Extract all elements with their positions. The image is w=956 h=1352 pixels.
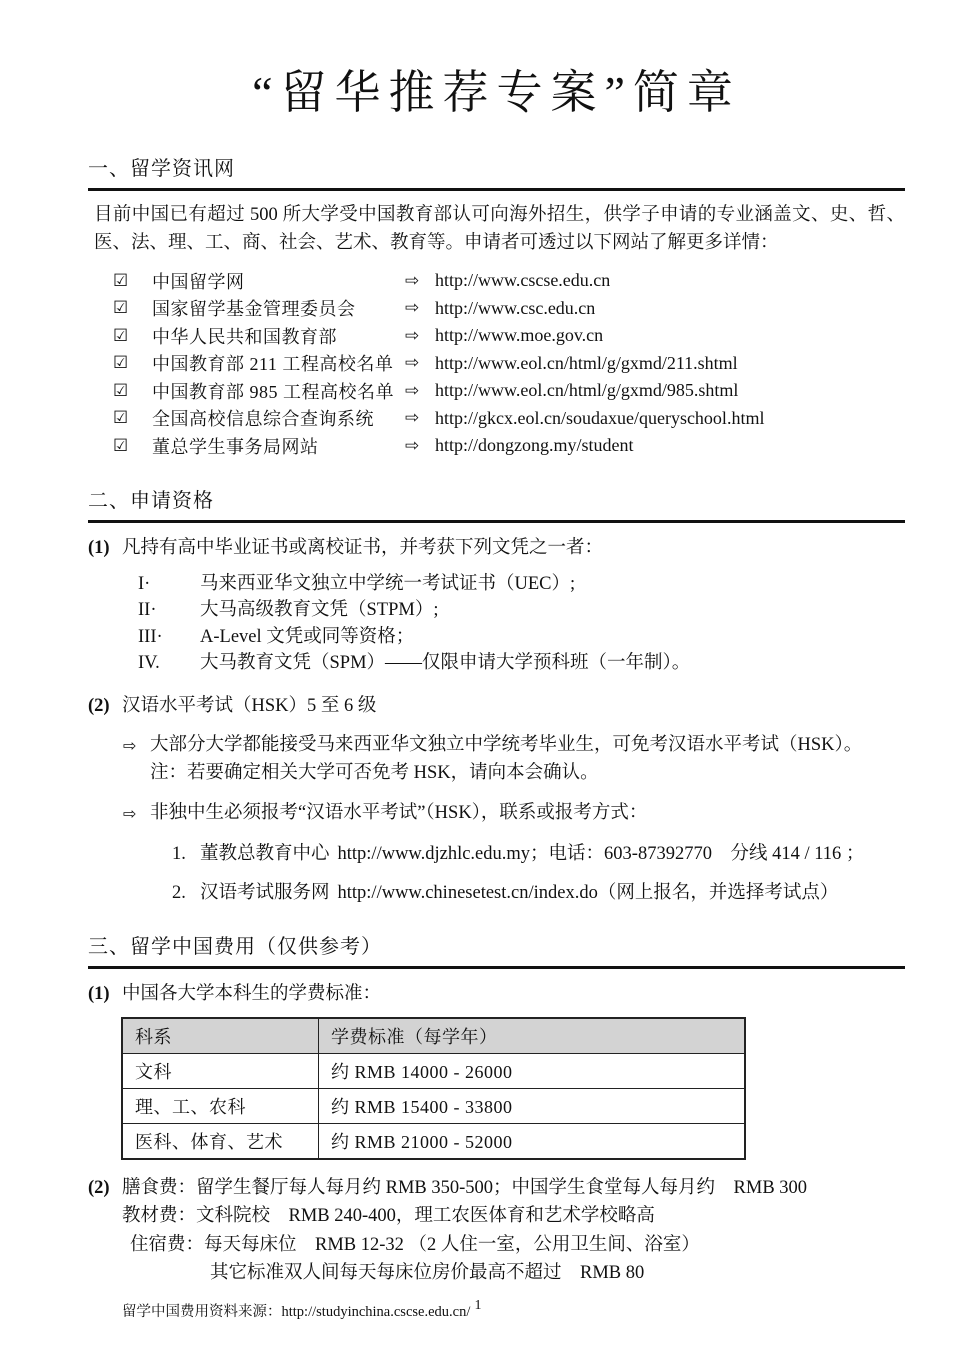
bullet-text: 大部分大学都能接受马来西亚华文独立中学统考毕业生，可免考汉语水平考试（HSK）。… — [150, 731, 862, 787]
credential-list: I· 马来西亚华文独立中学统一考试证书（UEC）; II· 大马高级教育文凭（S… — [138, 571, 905, 677]
contact-url[interactable]: http://www.chinesetest.cn/index.do — [338, 883, 598, 903]
clause-text: 中国各大学本科生的学费标准： — [122, 981, 381, 1007]
site-label: 中国教育部 211 工程高校名单 — [152, 350, 405, 376]
bullet-line: 大部分大学都能接受马来西亚华文独立中学统考毕业生，可免考汉语水平考试（HSK）。 — [150, 735, 862, 755]
contact-number: 2. — [172, 880, 200, 906]
table-cell: 医科、体育、艺术 — [122, 1123, 319, 1159]
clause-marker: (2) — [88, 693, 122, 719]
list-item: ☑ 全国高校信息综合查询系统 ⇨ http://gkcx.eol.cn/soud… — [113, 405, 905, 433]
tuition-table: 科系 学费标准（每学年） 文科 约 RMB 14000 - 26000 理、工、… — [121, 1017, 746, 1160]
contact-item: 2. 汉语考试服务网http://www.chinesetest.cn/inde… — [172, 880, 905, 906]
contact-number: 1. — [172, 841, 200, 867]
contact-text: 汉语考试服务网http://www.chinesetest.cn/index.d… — [200, 880, 838, 906]
section-heading-costs: 三、留学中国费用（仅供参考） — [88, 930, 905, 969]
site-url[interactable]: http://www.csc.edu.cn — [435, 298, 595, 319]
list-item: II· 大马高级教育文凭（STPM）; — [138, 597, 905, 624]
site-label: 董总学生事务局网站 — [152, 433, 405, 459]
roman-numeral: IV. — [138, 650, 200, 677]
contact-label: 汉语考试服务网 — [200, 883, 330, 903]
fee-line: 其它标准双人间每天每床位房价最高不超过 RMB 80 — [210, 1259, 905, 1288]
credential-text: 马来西亚华文独立中学统一考试证书（UEC）; — [200, 571, 575, 598]
site-url[interactable]: http://dongzong.my/student — [435, 435, 634, 456]
fee-line: 住宿费：每天每床位 RMB 12-32 （2 人住一室，公用卫生间、浴室） — [130, 1231, 905, 1260]
contact-url[interactable]: http://www.djzhlc.edu.my — [338, 844, 531, 864]
table-cell: 文科 — [122, 1053, 319, 1088]
site-label: 全国高校信息综合查询系统 — [152, 405, 405, 431]
arrow-right-icon: ⇨ — [123, 731, 150, 787]
credential-text: 大马教育文凭（SPM）——仅限申请大学预科班（一年制）。 — [200, 650, 690, 677]
table-header-cell: 科系 — [122, 1018, 319, 1054]
site-url[interactable]: http://www.eol.cn/html/g/gxmd/985.shtml — [435, 380, 738, 401]
other-fees-block: (2) 膳食费：留学生餐厅每人每月约 RMB 350-500；中国学生食堂每人每… — [88, 1174, 905, 1288]
table-header-cell: 学费标准（每学年） — [319, 1018, 746, 1054]
hsk-bullet-2: ⇨ 非独中生必须报考“汉语水平考试”（HSK），联系或报考方式： — [123, 799, 905, 828]
site-link-list: ☑ 中国留学网 ⇨ http://www.cscse.edu.cn ☑ 国家留学… — [113, 267, 905, 460]
clause-1: (1) 凡持有高中毕业证书或离校证书，并考获下列文凭之一者： — [88, 535, 905, 561]
checkbox-checked-icon: ☑ — [113, 298, 152, 318]
list-item: ☑ 董总学生事务局网站 ⇨ http://dongzong.my/student — [113, 432, 905, 460]
contact-item: 1. 董教总教育中心http://www.djzhlc.edu.my；电话：60… — [172, 841, 905, 867]
contact-rest: （网上报名，并选择考试点） — [598, 883, 839, 903]
roman-numeral: II· — [138, 597, 200, 624]
site-label: 中华人民共和国教育部 — [152, 323, 405, 349]
doc-title: “留华推荐专案”简章 — [88, 56, 905, 122]
site-label: 中国留学网 — [152, 268, 405, 294]
arrow-right-icon: ⇨ — [405, 298, 435, 318]
note-text: 注：若要确定相关大学可否免考 HSK，请向本会确认。 — [150, 763, 599, 783]
hsk-bullet-1: ⇨ 大部分大学都能接受马来西亚华文独立中学统考毕业生，可免考汉语水平考试（HSK… — [123, 731, 905, 787]
clause-text: 汉语水平考试（HSK）5 至 6 级 — [122, 693, 376, 719]
list-item: I· 马来西亚华文独立中学统一考试证书（UEC）; — [138, 571, 905, 598]
list-item: III· A-Level 文凭或同等资格； — [138, 624, 905, 651]
site-url[interactable]: http://gkcx.eol.cn/soudaxue/queryschool.… — [435, 408, 764, 429]
credential-text: 大马高级教育文凭（STPM）; — [200, 597, 438, 624]
checkbox-checked-icon: ☑ — [113, 436, 152, 456]
bullet-text: 非独中生必须报考“汉语水平考试”（HSK），联系或报考方式： — [150, 799, 647, 828]
credential-text: A-Level 文凭或同等资格； — [200, 624, 414, 651]
intro-paragraph: 目前中国已有超过 500 所大学受中国教育部认可向海外招生，供学子申请的专业涵盖… — [94, 201, 905, 257]
table-header-row: 科系 学费标准（每学年） — [122, 1018, 745, 1054]
table-row: 文科 约 RMB 14000 - 26000 — [122, 1053, 745, 1088]
table-row: 医科、体育、艺术 约 RMB 21000 - 52000 — [122, 1123, 745, 1159]
document-page: “留华推荐专案”简章 一、留学资讯网 目前中国已有超过 500 所大学受中国教育… — [0, 0, 956, 1352]
arrow-right-icon: ⇨ — [405, 326, 435, 346]
list-item: ☑ 国家留学基金管理委员会 ⇨ http://www.csc.edu.cn — [113, 295, 905, 323]
roman-numeral: I· — [138, 571, 200, 598]
table-cell: 理、工、农科 — [122, 1088, 319, 1123]
clause-marker: (1) — [88, 535, 122, 561]
list-item: ☑ 中国教育部 211 工程高校名单 ⇨ http://www.eol.cn/h… — [113, 350, 905, 378]
page-number: 1 — [0, 1298, 956, 1314]
arrow-right-icon: ⇨ — [405, 436, 435, 456]
arrow-right-icon: ⇨ — [405, 381, 435, 401]
checkbox-checked-icon: ☑ — [113, 381, 152, 401]
table-cell: 约 RMB 14000 - 26000 — [319, 1053, 746, 1088]
list-item: ☑ 中国教育部 985 工程高校名单 ⇨ http://www.eol.cn/h… — [113, 377, 905, 405]
roman-numeral: III· — [138, 624, 200, 651]
section-heading-eligibility: 二、申请资格 — [88, 484, 905, 523]
site-label: 国家留学基金管理委员会 — [152, 295, 405, 321]
arrow-right-icon: ⇨ — [123, 799, 150, 828]
site-url[interactable]: http://www.eol.cn/html/g/gxmd/211.shtml — [435, 353, 738, 374]
table-cell: 约 RMB 21000 - 52000 — [319, 1123, 746, 1159]
fee-line: (2) 膳食费：留学生餐厅每人每月约 RMB 350-500；中国学生食堂每人每… — [88, 1174, 905, 1203]
checkbox-checked-icon: ☑ — [113, 353, 152, 373]
checkbox-checked-icon: ☑ — [113, 271, 152, 291]
site-url[interactable]: http://www.moe.gov.cn — [435, 325, 603, 346]
arrow-right-icon: ⇨ — [405, 271, 435, 291]
clause-2: (2) 汉语水平考试（HSK）5 至 6 级 — [88, 693, 905, 719]
clause-marker: (1) — [88, 981, 122, 1007]
table-row: 理、工、农科 约 RMB 15400 - 33800 — [122, 1088, 745, 1123]
table-cell: 约 RMB 15400 - 33800 — [319, 1088, 746, 1123]
fee-line: 教材费：文科院校 RMB 240-400，理工农医体育和艺术学校略高 — [122, 1202, 905, 1231]
site-label: 中国教育部 985 工程高校名单 — [152, 378, 405, 404]
clause-1: (1) 中国各大学本科生的学费标准： — [88, 981, 905, 1007]
clause-text: 凡持有高中毕业证书或离校证书，并考获下列文凭之一者： — [122, 535, 603, 561]
contact-rest: ；电话：603-87392770 分线 414 / 116 ； — [530, 844, 864, 864]
contact-label: 董教总教育中心 — [200, 844, 330, 864]
list-item: IV. 大马教育文凭（SPM）——仅限申请大学预科班（一年制）。 — [138, 650, 905, 677]
checkbox-checked-icon: ☑ — [113, 408, 152, 428]
section-heading-info: 一、留学资讯网 — [88, 152, 905, 191]
arrow-right-icon: ⇨ — [405, 408, 435, 428]
fee-text: 膳食费：留学生餐厅每人每月约 RMB 350-500；中国学生食堂每人每月约 R… — [122, 1174, 807, 1203]
clause-marker: (2) — [88, 1174, 122, 1203]
list-item: ☑ 中国留学网 ⇨ http://www.cscse.edu.cn — [113, 267, 905, 295]
checkbox-checked-icon: ☑ — [113, 326, 152, 346]
arrow-right-icon: ⇨ — [405, 353, 435, 373]
list-item: ☑ 中华人民共和国教育部 ⇨ http://www.moe.gov.cn — [113, 322, 905, 350]
contact-text: 董教总教育中心http://www.djzhlc.edu.my；电话：603-8… — [200, 841, 864, 867]
site-url[interactable]: http://www.cscse.edu.cn — [435, 270, 610, 291]
